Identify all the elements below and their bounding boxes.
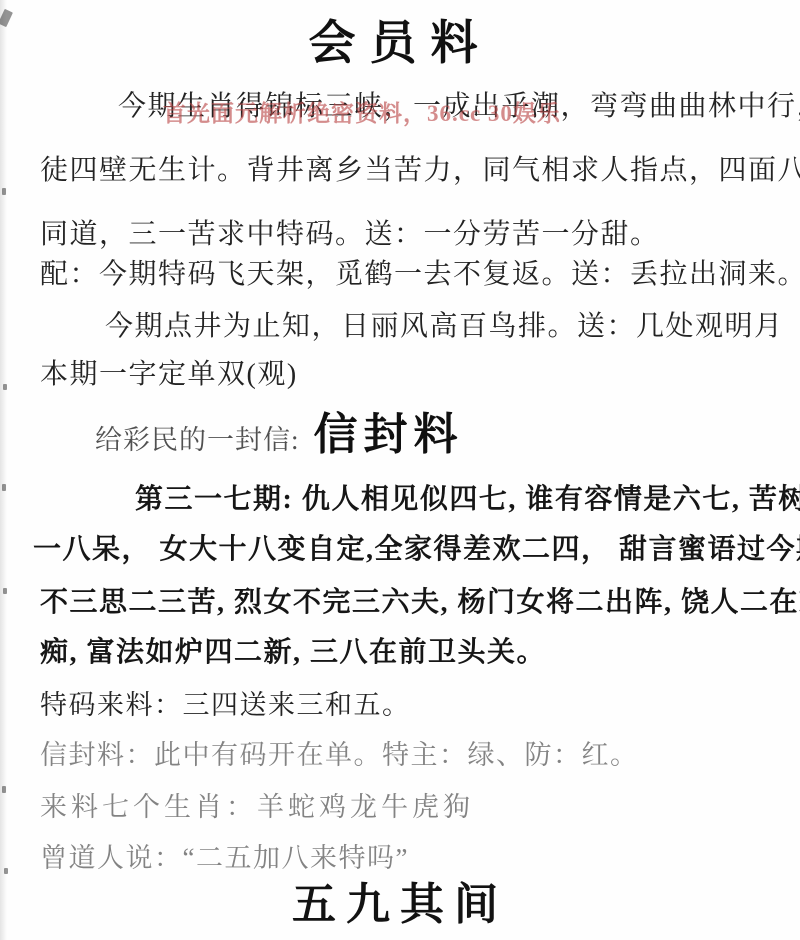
watermark-text: 首光面元解析绝密资料，36.cc 30娱乐	[163, 95, 561, 128]
member-verse-line-3: 同道，三一苦求中特码。送：一分劳苦一分甜。	[40, 212, 660, 252]
scan-artifact	[3, 384, 7, 390]
info-line-envelope: 信封料：此中有码开在单。特主：绿、防：红。	[40, 733, 639, 772]
letter-line-1: 第三一七期: 仇人相见似四七, 谁有容情是六七, 苦树常结	[135, 477, 800, 517]
info-line-special-code: 特码来料：三四送来三和五。	[40, 683, 411, 722]
member-verse-line-5: 今期点井为止知，日丽风高百鸟排。送：几处观明月	[105, 304, 784, 344]
scan-artifact	[2, 484, 6, 491]
scan-artifact	[2, 188, 6, 195]
member-verse-line-2: 徒四壁无生计。背井离乡当苦力，同气相求人指点，四面八方皆	[40, 148, 800, 188]
letter-prefix: 给彩民的一封信:	[95, 418, 300, 457]
scan-artifact	[3, 588, 7, 594]
info-line-zodiac: 来料七个生肖：羊蛇鸡龙牛虎狗	[40, 785, 474, 824]
letter-section-header: 给彩民的一封信: 信封料	[95, 398, 464, 462]
document-page: 会员料 首光面元解析绝密资料，36.cc 30娱乐 今期生肖得锦标三峡，一成出乎…	[0, 0, 800, 940]
page-title: 会员料	[0, 6, 800, 73]
letter-line-4: 痴, 富法如炉四二新, 三八在前卫头关。	[40, 630, 546, 670]
footer-title: 五九其间	[0, 868, 800, 932]
scan-artifact	[2, 786, 6, 793]
letter-section-title: 信封料	[314, 398, 464, 462]
member-verse-line-6: 本期一字定单双(观)	[40, 352, 298, 392]
letter-line-2: 一八呆， 女大十八变自定,全家得差欢二四， 甜言蜜语过今期， 事	[33, 527, 800, 567]
letter-line-3: 不三思二三苦, 烈女不完三六夫, 杨门女将二出阵, 饶人二在就成	[40, 580, 800, 620]
member-verse-line-4: 配：今期特码飞天架，觅鹤一去不复返。送：丢拉出洞来。	[40, 252, 800, 292]
